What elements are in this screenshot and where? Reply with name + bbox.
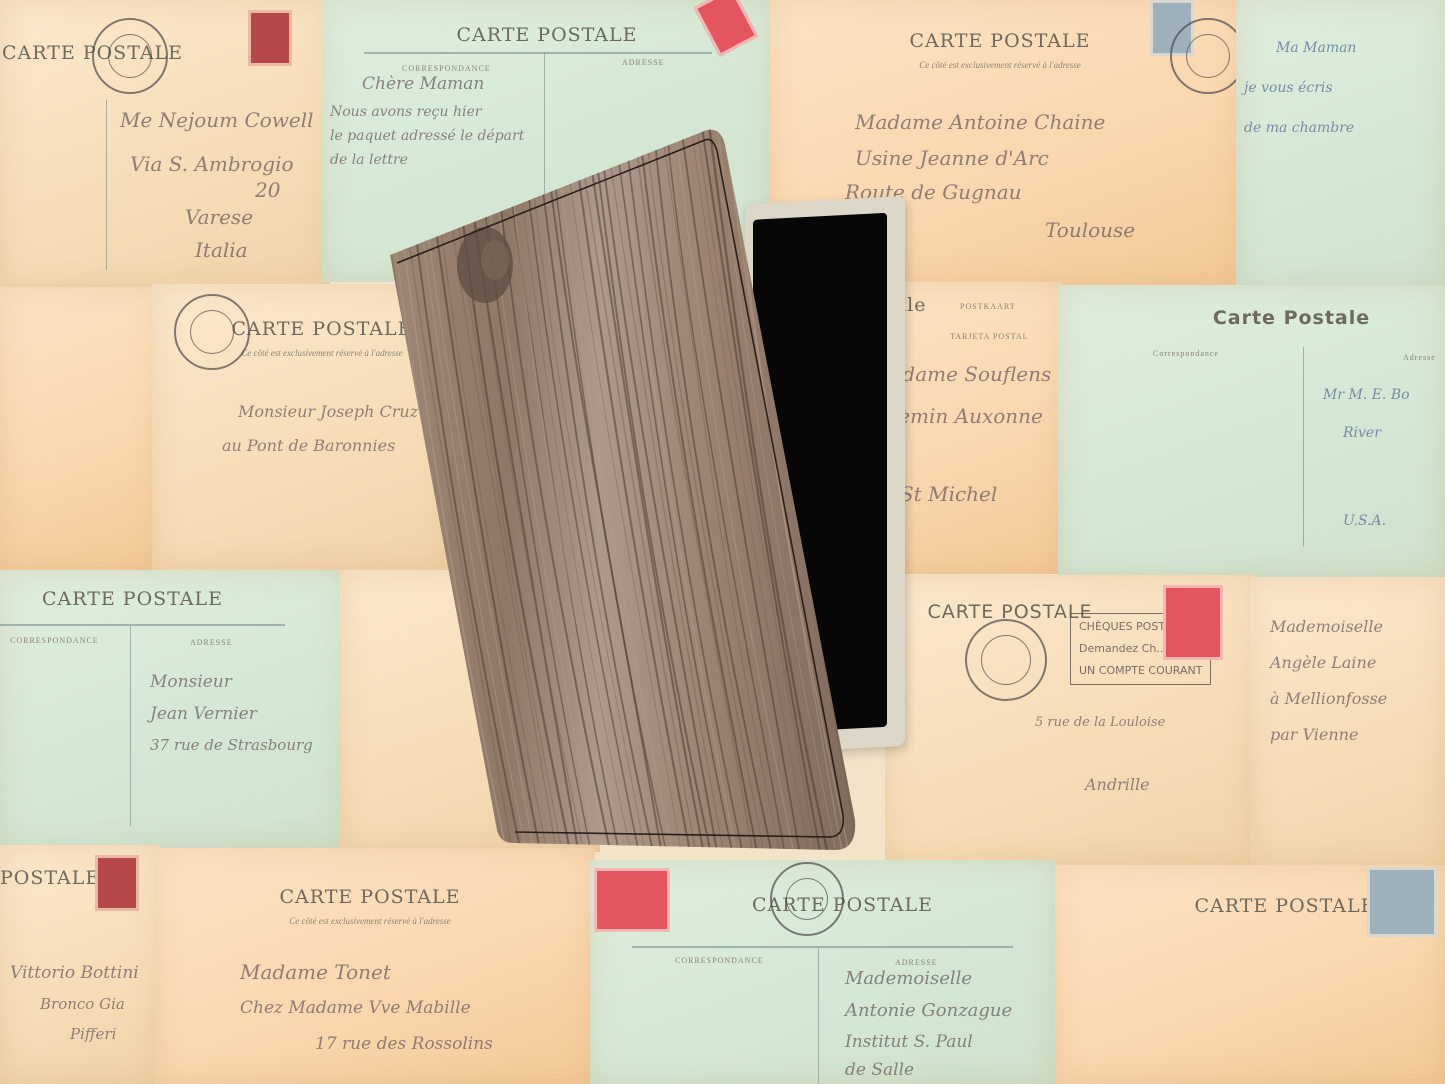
postcard: CARTE POSTALE CORRESPONDANCE ADRESSE Mad… — [590, 860, 1055, 1084]
handwriting: Madame Tonet — [240, 960, 391, 984]
divider — [130, 626, 131, 826]
label: CORRESPONDANCE — [675, 956, 764, 965]
stamp — [1367, 867, 1437, 937]
postmark — [770, 862, 844, 936]
handwriting: Monsieur Joseph Cruz — [238, 402, 418, 421]
handwriting: Antonie Gonzague — [845, 1000, 1012, 1021]
handwriting: de la lettre — [330, 152, 408, 168]
postcard-title: CARTE POSTALE — [0, 588, 345, 610]
handwriting: Madame Souflens — [870, 362, 1051, 386]
handwriting: H. G. — [820, 242, 872, 266]
handwriting: au Pont de Baronnies — [222, 436, 395, 455]
postcard: CARTE POSTALE Ce côté est exclusivement … — [155, 848, 595, 1084]
divider — [106, 100, 107, 270]
handwriting: de Salle — [845, 1060, 914, 1080]
handwriting: à Mellionfosse — [1270, 689, 1387, 708]
handwriting: Institut S. Paul — [845, 1032, 973, 1052]
postcard-title: Carte Postale — [1138, 307, 1445, 329]
label: Adresse — [1403, 353, 1436, 362]
postcard — [340, 570, 600, 852]
label: POSTKAART — [960, 302, 1016, 311]
label: Correspondance — [1153, 349, 1219, 358]
handwriting: Italia — [195, 238, 248, 262]
handwriting: Chez Madame Vve Mabille — [240, 998, 471, 1018]
handwriting: 20 — [255, 178, 280, 202]
handwriting: St Michel — [900, 482, 997, 506]
label: ADRESSE — [190, 638, 233, 647]
handwriting: Toulouse — [1045, 218, 1135, 242]
slogan-line: UN COMPTE COURANT — [1079, 664, 1202, 677]
handwriting: Me Nejoum Cowell — [120, 108, 314, 132]
handwriting: Bronco Gia — [40, 995, 125, 1013]
handwriting: Nous avons reçu hier — [330, 104, 481, 120]
handwriting: Mr M. E. Bo — [1323, 387, 1410, 403]
stamp — [1163, 585, 1223, 660]
handwriting: 5 rue de la Louloise — [1035, 715, 1165, 730]
postcard: CARTE POSTALE CORRESPONDANCE ADRESSE Mon… — [0, 570, 345, 848]
postmark — [1170, 18, 1240, 94]
postcard: Postale POSTKAART TARJETA POSTAL Madame … — [830, 282, 1062, 574]
postcard: CARTE POSTALE — [1055, 865, 1445, 1084]
handwriting: River — [1343, 425, 1381, 441]
handwriting: Vittorio Bottini — [10, 963, 139, 983]
handwriting: Mademoiselle — [1270, 617, 1383, 636]
postmark — [92, 18, 168, 94]
label: ADRESSE — [895, 958, 938, 967]
handwriting: Route de Gugnau — [845, 180, 1022, 204]
label: CORRESPONDANCE — [10, 636, 99, 645]
postmark — [174, 294, 250, 370]
postcard: CARTE POSTALE Ce côté est exclusivement … — [770, 0, 1240, 285]
postcard-subtitle: Ce côté est exclusivement réservé à l'ad… — [155, 916, 595, 926]
label: CORRESPONDANCE — [402, 64, 491, 73]
postcard: Ma Maman je vous écris de ma chambre — [1236, 0, 1445, 290]
label: ADRESSE — [622, 58, 665, 67]
postcard: Mademoiselle Angèle Laine à Mellionfosse… — [1250, 577, 1445, 867]
stamp — [594, 868, 670, 932]
slogan-line: Demandez Ch... — [1079, 642, 1167, 655]
divider — [632, 946, 1013, 948]
handwriting: je vous écris — [1244, 80, 1333, 96]
postcard-title: Postale — [850, 294, 1062, 316]
postcard: CARTE POSTALE Me Nejoum Cowell Via S. Am… — [0, 0, 330, 290]
handwriting: Monsieur — [150, 672, 232, 692]
postcard: CARTE POSTALE CORRESPONDANCE ADRESSE Chè… — [322, 0, 772, 282]
handwriting: Usine Jeanne d'Arc — [855, 146, 1049, 170]
handwriting: Via S. Ambrogio — [130, 152, 294, 176]
handwriting: Angèle Laine — [1270, 653, 1376, 672]
postcard: Carte Postale Correspondance Adresse Mr … — [1058, 285, 1445, 577]
postcard-collage-background: CARTE POSTALE Me Nejoum Cowell Via S. Am… — [0, 0, 1445, 1084]
handwriting: Chemin Auxonne — [870, 404, 1043, 428]
divider — [544, 52, 545, 272]
postcard: CARTE POSTALE Ce côté est exclusivement … — [152, 284, 452, 570]
handwriting: U.S.A. — [1343, 513, 1386, 529]
handwriting: Ma Maman — [1276, 40, 1356, 56]
stamp — [95, 855, 139, 911]
handwriting: 37 rue de Strasbourg — [150, 736, 313, 754]
stamp — [248, 10, 292, 66]
handwriting: Madame Antoine Chaine — [855, 110, 1105, 134]
postcard: CARTE POSTALE CHÈQUES POSTAUXDemandez Ch… — [885, 575, 1255, 865]
handwriting: de ma chambre — [1244, 120, 1354, 136]
postmark — [965, 619, 1047, 701]
handwriting: Jean Vernier — [150, 704, 257, 724]
postcard: POSTALE Vittorio Bottini Bronco Gia Piff… — [0, 845, 160, 1084]
divider — [0, 624, 285, 626]
handwriting: le paquet adressé le départ — [330, 128, 524, 144]
postcard — [0, 287, 160, 570]
label: TARJETA POSTAL — [950, 332, 1029, 341]
postcard-title: CARTE POSTALE — [155, 886, 595, 908]
handwriting: Chère Maman — [362, 74, 484, 94]
handwriting: Varese — [185, 205, 253, 229]
divider — [818, 948, 819, 1084]
handwriting: 17 rue des Rossolins — [315, 1034, 493, 1054]
handwriting: par Vienne — [1270, 725, 1358, 744]
divider — [364, 52, 712, 54]
handwriting: Pifferi — [70, 1025, 116, 1043]
handwriting: Mademoiselle — [845, 968, 972, 989]
handwriting: Andrille — [1085, 775, 1150, 794]
divider — [1303, 347, 1304, 547]
